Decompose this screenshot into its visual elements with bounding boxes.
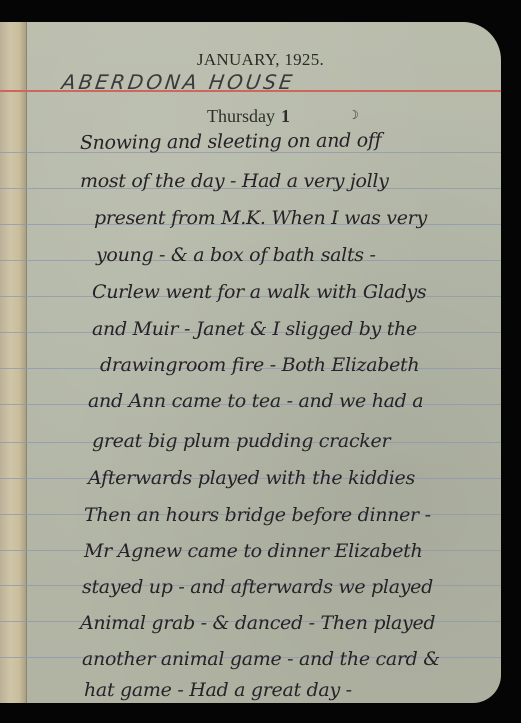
entry-line: great big plum pudding cracker (92, 430, 390, 452)
entry-line: and Muir - Janet & I sligged by the (92, 318, 417, 340)
entry-line: most of the day - Had a very jolly (80, 170, 389, 192)
entry-line: stayed up - and afterwards we played (82, 576, 433, 598)
entry-line: Animal grab - & danced - Then played (80, 612, 435, 634)
entry-line: Curlew went for a walk with Gladys (92, 281, 426, 303)
entry-line: and Ann came to tea - and we had a (88, 390, 423, 412)
entry-line: Snowing and sleeting on and off (80, 129, 382, 154)
entry-line: Mr Agnew came to dinner Elizabeth (84, 540, 422, 562)
entry-line: hat game - Had a great day - (84, 679, 352, 701)
entry-line: present from M.K. When I was very (94, 207, 427, 229)
entry-line: young - & a box of bath salts - (96, 244, 376, 266)
entry-line: another animal game - and the card & (82, 648, 440, 670)
diary-page: JANUARY, 1925. ABERDONA HOUSE Thursday1 … (0, 22, 501, 703)
diary-entry: Snowing and sleeting on and off most of … (0, 22, 501, 703)
entry-line: drawingroom fire - Both Elizabeth (100, 354, 419, 376)
entry-line: Afterwards played with the kiddies (88, 467, 415, 489)
entry-line: Then an hours bridge before dinner - (84, 504, 431, 526)
scan-background: JANUARY, 1925. ABERDONA HOUSE Thursday1 … (0, 0, 521, 723)
